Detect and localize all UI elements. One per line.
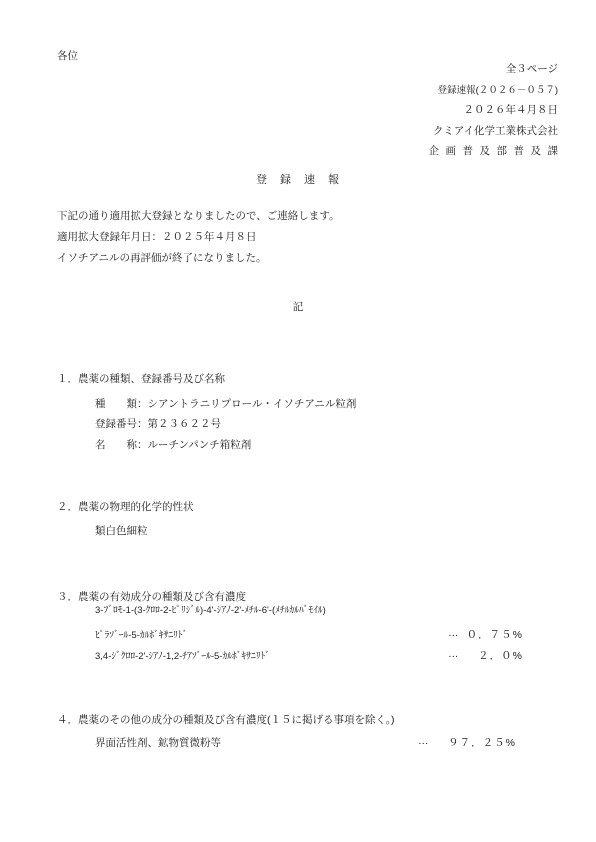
ingredient-1-label: ﾋﾟﾗｿﾞｰﾙ-5-ｶﾙﾎﾞｷｻﾆﾘﾄﾞ	[95, 627, 187, 641]
intro-line-1: 下記の通り適用拡大登録となりましたので、ご連絡します。	[57, 206, 339, 227]
other-ingredients-label: 界面活性剤、鉱物質微粉等	[95, 735, 221, 750]
document-title: 登 録 速 報	[0, 174, 596, 188]
section-1-type: 種 類：シアントラニリプロール・イソチアニル粒剤	[95, 394, 356, 415]
section-3-heading: ３．農薬の有効成分の種類及び含有濃度	[57, 591, 246, 604]
document-page: 各位 全３ページ 登録速報(２０２６－０５７) ２０２６年４月８日 クミアイ化学…	[0, 0, 596, 842]
intro-line-3: イソチアニルの再評価が終了になりました。	[57, 248, 266, 269]
page-count: 全３ページ	[506, 63, 558, 76]
section-4-heading: ４．農薬のその他の成分の種類及び含有濃度(１５に掲げる事項を除く。)	[57, 714, 395, 727]
section-2-heading: ２．農薬の物理的化学的性状	[57, 501, 194, 514]
company-name: クミアイ化学工業株式会社	[433, 125, 558, 138]
record-mark: 記	[0, 301, 596, 314]
ingredient-1-concentration: ０．７５%	[450, 627, 523, 642]
ingredient-2-label: 3,4-ｼﾞｸﾛﾛ-2'-ｼｱﾉ-1,2-ﾁｱｿﾞｰﾙ-5-ｶﾙﾎﾞｷｻﾆﾘﾄﾞ	[95, 648, 270, 662]
ingredient-row: ﾋﾟﾗｿﾞｰﾙ-5-ｶﾙﾎﾞｷｻﾆﾘﾄﾞ … ０．７５%	[0, 627, 596, 643]
ingredient-row: 3,4-ｼﾞｸﾛﾛ-2'-ｼｱﾉ-1,2-ﾁｱｿﾞｰﾙ-5-ｶﾙﾎﾞｷｻﾆﾘﾄﾞ…	[0, 648, 596, 664]
leader-dots: …	[418, 735, 429, 747]
section-1-registration-number: 登録番号：第２３６２２号	[95, 414, 221, 435]
section-2-appearance: 類白色細粒	[95, 521, 148, 542]
other-ingredients-concentration: ９７．２５%	[430, 735, 516, 750]
bulletin-number: 登録速報(２０２６－０５７)	[438, 85, 558, 97]
salutation: 各位	[57, 50, 78, 63]
section-1-product-name: 名 称：ルーチンパンチ箱粒剤	[95, 435, 251, 456]
department-name: 企画普及部普及課	[429, 145, 565, 158]
section-1-heading: １．農薬の種類、登録番号及び名称	[57, 373, 225, 386]
ingredient-2-concentration: ２．０%	[450, 648, 523, 663]
other-ingredient-row: 界面活性剤、鉱物質微粉等 … ９７．２５%	[0, 735, 596, 751]
section-3-chemical-name-line: 3-ﾌﾞﾛﾓ-1-(3-ｸﾛﾛ-2-ﾋﾟﾘｼﾞﾙ)-4'-ｼｱﾉ-2'-ﾒﾁﾙ-…	[95, 605, 326, 617]
issue-date: ２０２６年４月８日	[464, 104, 559, 117]
intro-line-2: 適用拡大登録年月日：２０２５年４月８日	[57, 227, 257, 248]
